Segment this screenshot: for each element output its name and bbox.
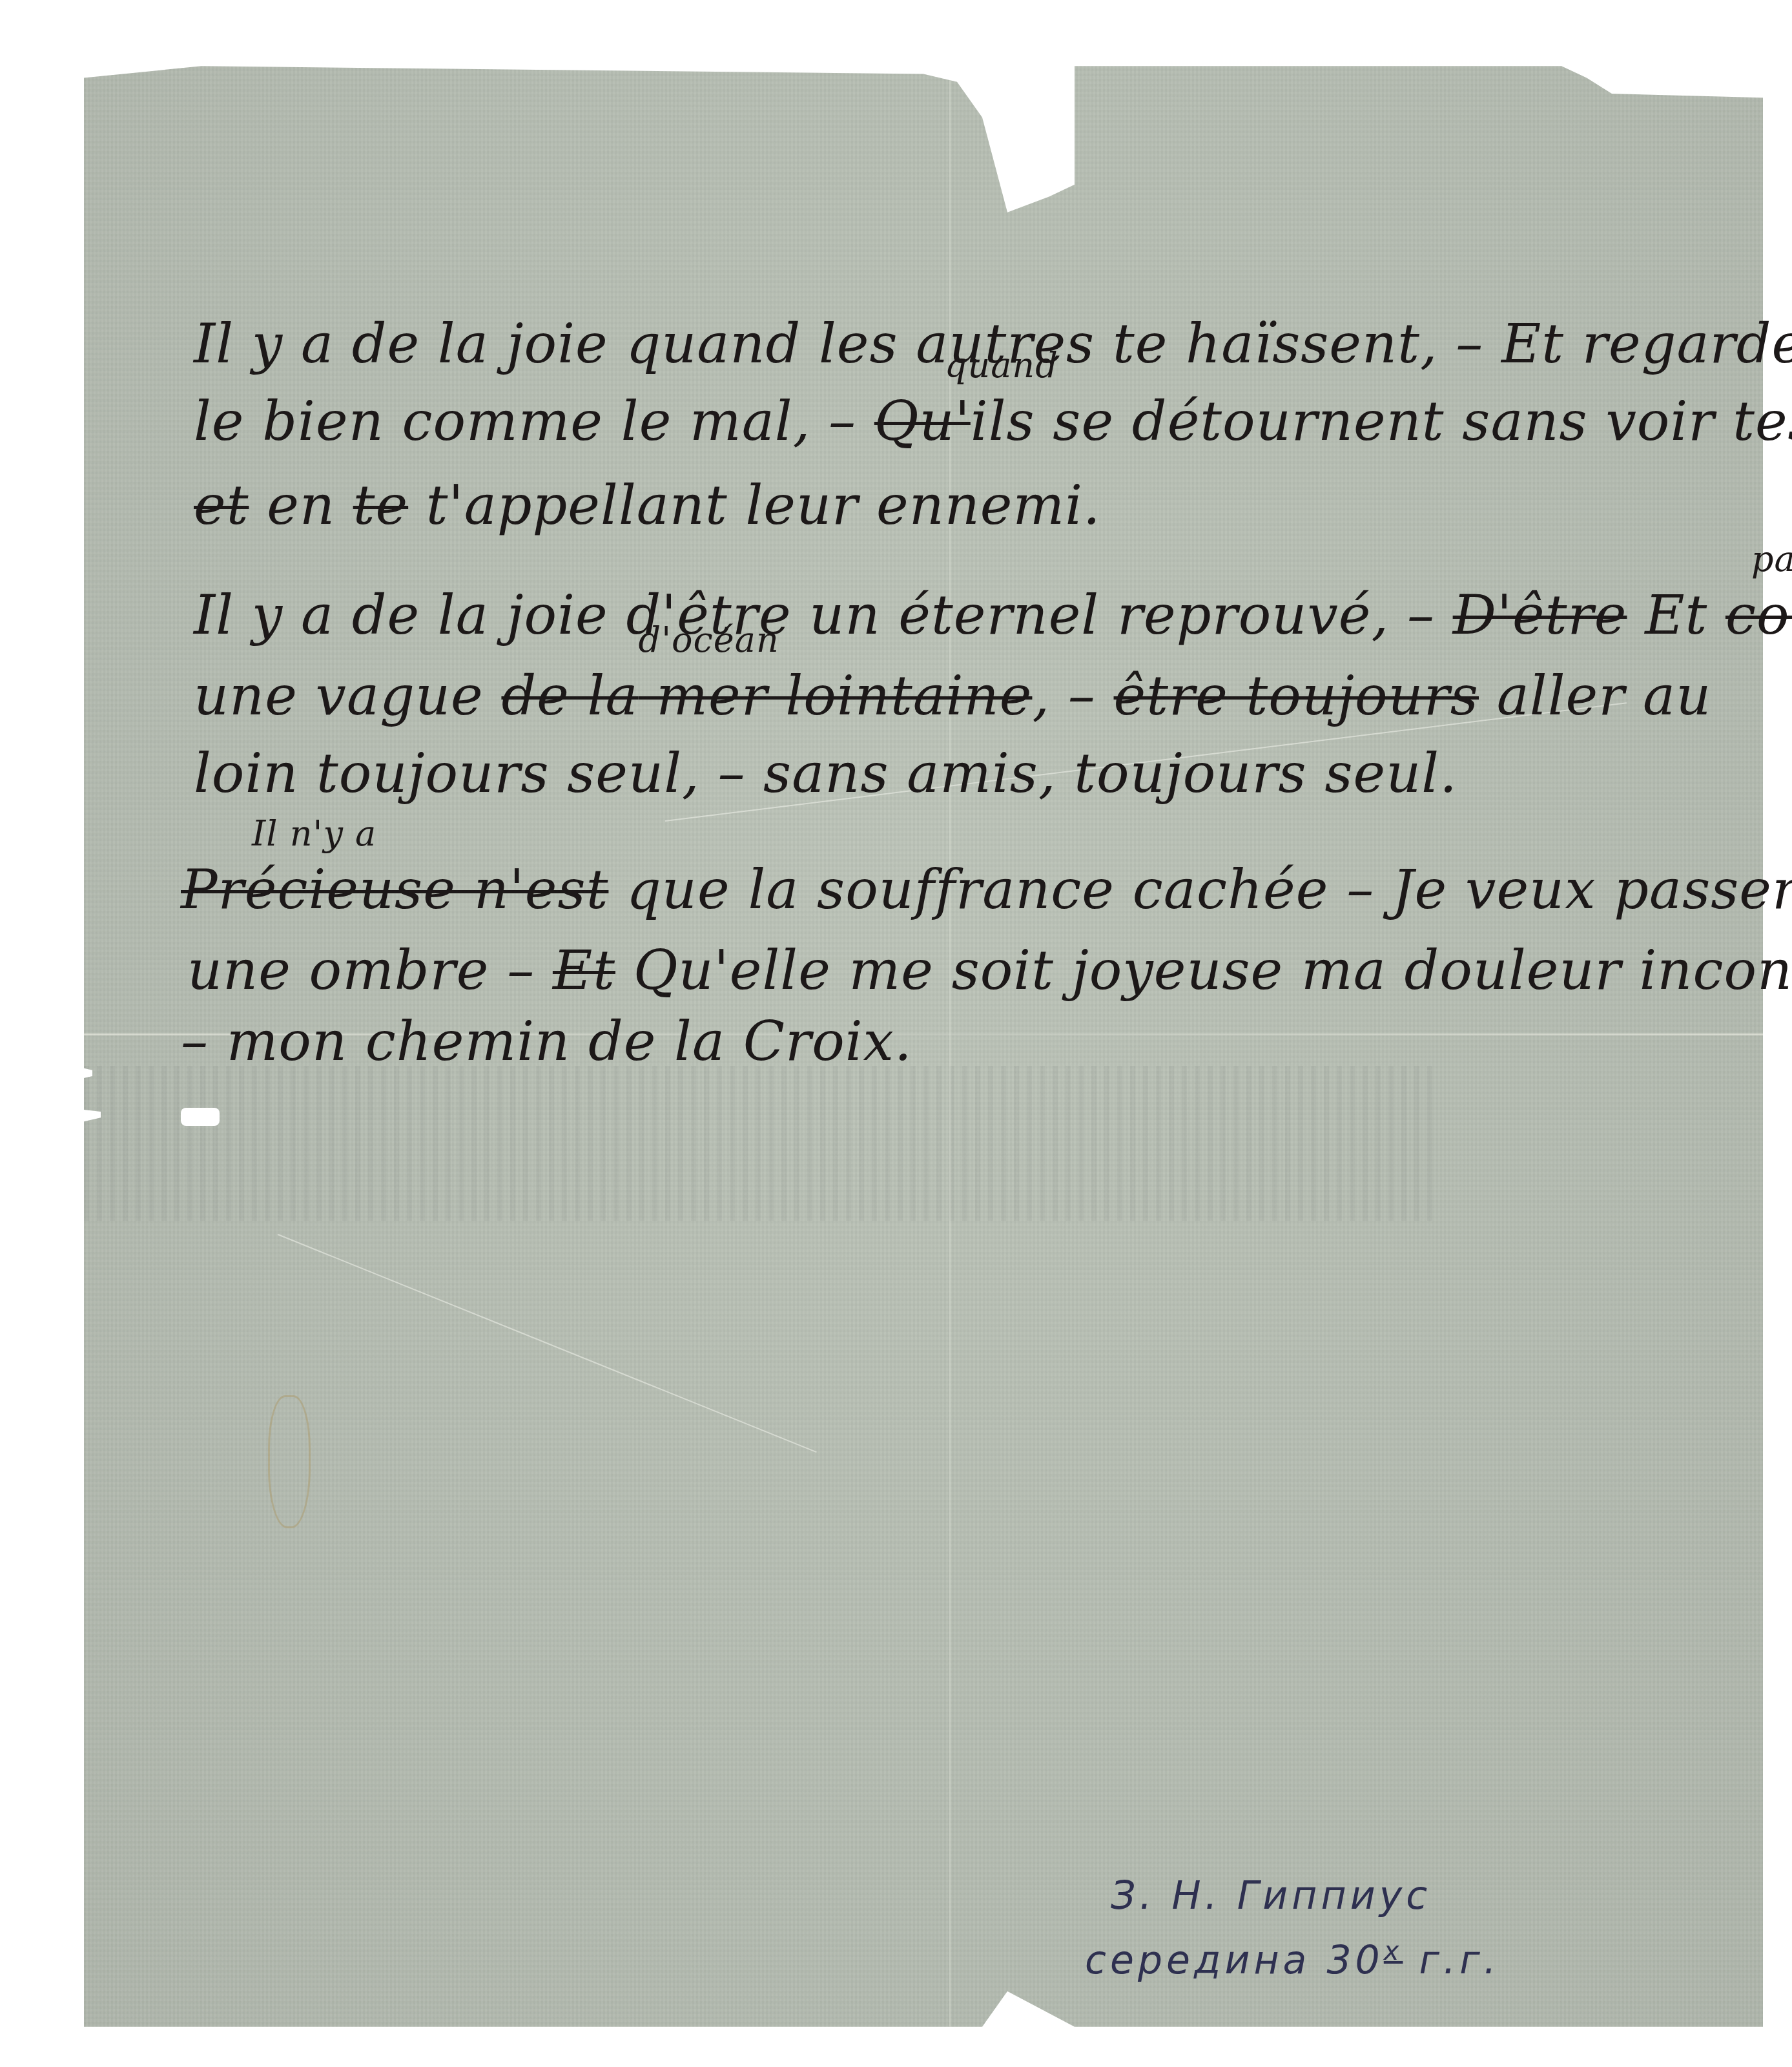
inserted-text: quand — [945, 348, 1058, 383]
text-segment: Il y a de la joie d'être un éternel repr… — [194, 583, 1453, 647]
bleed-through-print — [84, 1066, 1440, 1221]
struck-text: Et — [553, 939, 615, 1002]
stanza-1-line-2: le bien comme le mal, – Qu'quandils se d… — [194, 394, 1792, 448]
inserted-text: pareil à — [1751, 542, 1792, 577]
struck-text: D'être — [1453, 583, 1627, 647]
date-prefix: середина 30 — [1085, 1938, 1384, 1983]
diagonal-crease — [278, 1234, 817, 1453]
struck-text: te — [353, 473, 408, 537]
fold-tear-hole — [181, 1108, 220, 1126]
stanza-3-line-2: une ombre – Et Qu'elle me soit joyeuse m… — [187, 943, 1792, 997]
inserted-text: Il n'y a — [252, 816, 376, 851]
pencil-attribution-note: З. Н. Гиппиус середина 30х г.г. — [1111, 1873, 1500, 2001]
stanza-2-line-3: loin toujours seul, – sans amis, toujour… — [194, 746, 1457, 800]
text-segment: – mon chemin de la Croix. — [181, 1010, 912, 1073]
text-segment: une ombre – — [187, 939, 553, 1002]
text-segment: le bien comme le mal, – — [194, 390, 874, 453]
text-segment: Qu'elle me soit joyeuse ma douleur incon… — [615, 939, 1792, 1002]
date-suffix: г.г. — [1403, 1938, 1499, 1983]
text-segment: t'appellant leur ennemi. — [408, 473, 1101, 537]
struck-text: Qu' — [874, 390, 971, 453]
inserted-text: d'océan — [639, 623, 779, 658]
text-segment: ils se détournent sans voir tes larmes, … — [971, 390, 1792, 453]
struck-text: comme — [1725, 583, 1792, 647]
text-segment: Et — [1627, 583, 1725, 647]
struck-text: et — [194, 473, 249, 537]
water-stain — [268, 1395, 311, 1528]
struck-text: Précieuse n'est — [181, 858, 608, 921]
text-segment: loin toujours seul, – sans amis, toujour… — [194, 742, 1457, 805]
struck-text: être toujours — [1114, 664, 1479, 727]
stanza-2-line-2: une vague de lad'océan mer lointaine, – … — [194, 669, 1711, 723]
text-segment: aller au — [1479, 664, 1711, 727]
stanza-1-line-3: et en te t'appellant leur ennemi. — [194, 478, 1101, 532]
struck-text: de la — [501, 664, 638, 727]
text-segment: que la souffrance cachée – Je veux passe… — [608, 858, 1792, 921]
text-segment: une vague — [194, 664, 501, 727]
text-segment: , – — [1032, 664, 1113, 727]
struck-text: mer lointaine — [639, 664, 1033, 727]
text-segment: en — [249, 473, 353, 537]
author-attribution: З. Н. Гиппиус — [1111, 1873, 1500, 1918]
date-superscript: х — [1384, 1937, 1403, 1966]
stanza-2-line-1: Il y a de la joie d'être un éternel repr… — [194, 588, 1792, 642]
date-attribution: середина 30х г.г. — [1085, 1937, 1500, 1983]
stanza-3-line-3: – mon chemin de la Croix. — [181, 1014, 912, 1068]
stanza-3-line-1: Il n'y aPrécieuse n'est que la souffranc… — [181, 862, 1792, 917]
